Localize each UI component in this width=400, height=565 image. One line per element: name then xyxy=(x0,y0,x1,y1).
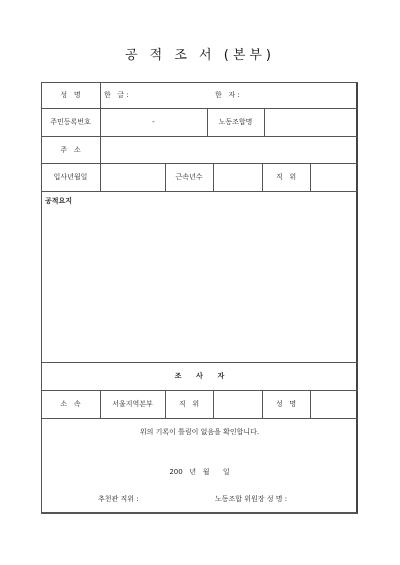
merit-summary-label: 공적요지 xyxy=(45,195,72,207)
union-chair-name-field[interactable]: 노동조합 위원장 성 명 : xyxy=(215,492,355,506)
years-of-service-field[interactable] xyxy=(213,163,262,191)
resident-number-label: 주민등록번호 xyxy=(41,108,100,136)
row-divider xyxy=(41,418,358,419)
hanja-name-label: 한 자 : xyxy=(215,90,240,100)
union-name-field[interactable] xyxy=(264,108,357,136)
name-label: 성 명 xyxy=(41,82,100,108)
hangul-name-field[interactable]: 한 글 : xyxy=(104,82,204,108)
row-divider xyxy=(41,191,358,192)
page-title: 공 적 조 서 (본부) xyxy=(0,44,400,63)
hire-date-label: 입사년월일 xyxy=(41,163,100,191)
investigator-header: 조 사 자 xyxy=(41,362,358,390)
confirmation-text: 위의 기록이 틀림이 없음을 확인합니다. xyxy=(41,425,358,439)
address-field[interactable] xyxy=(100,136,357,163)
address-label: 주 소 xyxy=(41,136,100,163)
years-of-service-label: 근속년수 xyxy=(165,163,213,191)
affiliation-label: 소 속 xyxy=(41,390,100,418)
hangul-name-label: 한 글 : xyxy=(104,90,129,100)
investigator-position-field[interactable] xyxy=(213,390,262,418)
resident-number-field[interactable]: - xyxy=(100,108,207,136)
investigator-position-label: 직 위 xyxy=(165,390,213,418)
position-label: 직 위 xyxy=(262,163,310,191)
union-name-label: 노동조합명 xyxy=(207,108,264,136)
affiliation-field[interactable]: 서울지역본부 xyxy=(100,390,165,418)
hire-date-field[interactable] xyxy=(100,163,165,191)
position-field[interactable] xyxy=(310,163,357,191)
investigator-name-label: 성 명 xyxy=(262,390,310,418)
recommender-position-field[interactable]: 추천관 직위 : xyxy=(98,492,198,506)
union-chair-name-label: 노동조합 위원장 성 명 : xyxy=(215,494,287,504)
hanja-name-field[interactable]: 한 자 : xyxy=(215,82,355,108)
merit-summary-field[interactable] xyxy=(42,209,356,361)
recommender-position-label: 추천관 직위 : xyxy=(98,494,139,504)
investigator-name-field[interactable] xyxy=(310,390,357,418)
date-line[interactable]: 200 년 월 일 xyxy=(41,465,358,479)
